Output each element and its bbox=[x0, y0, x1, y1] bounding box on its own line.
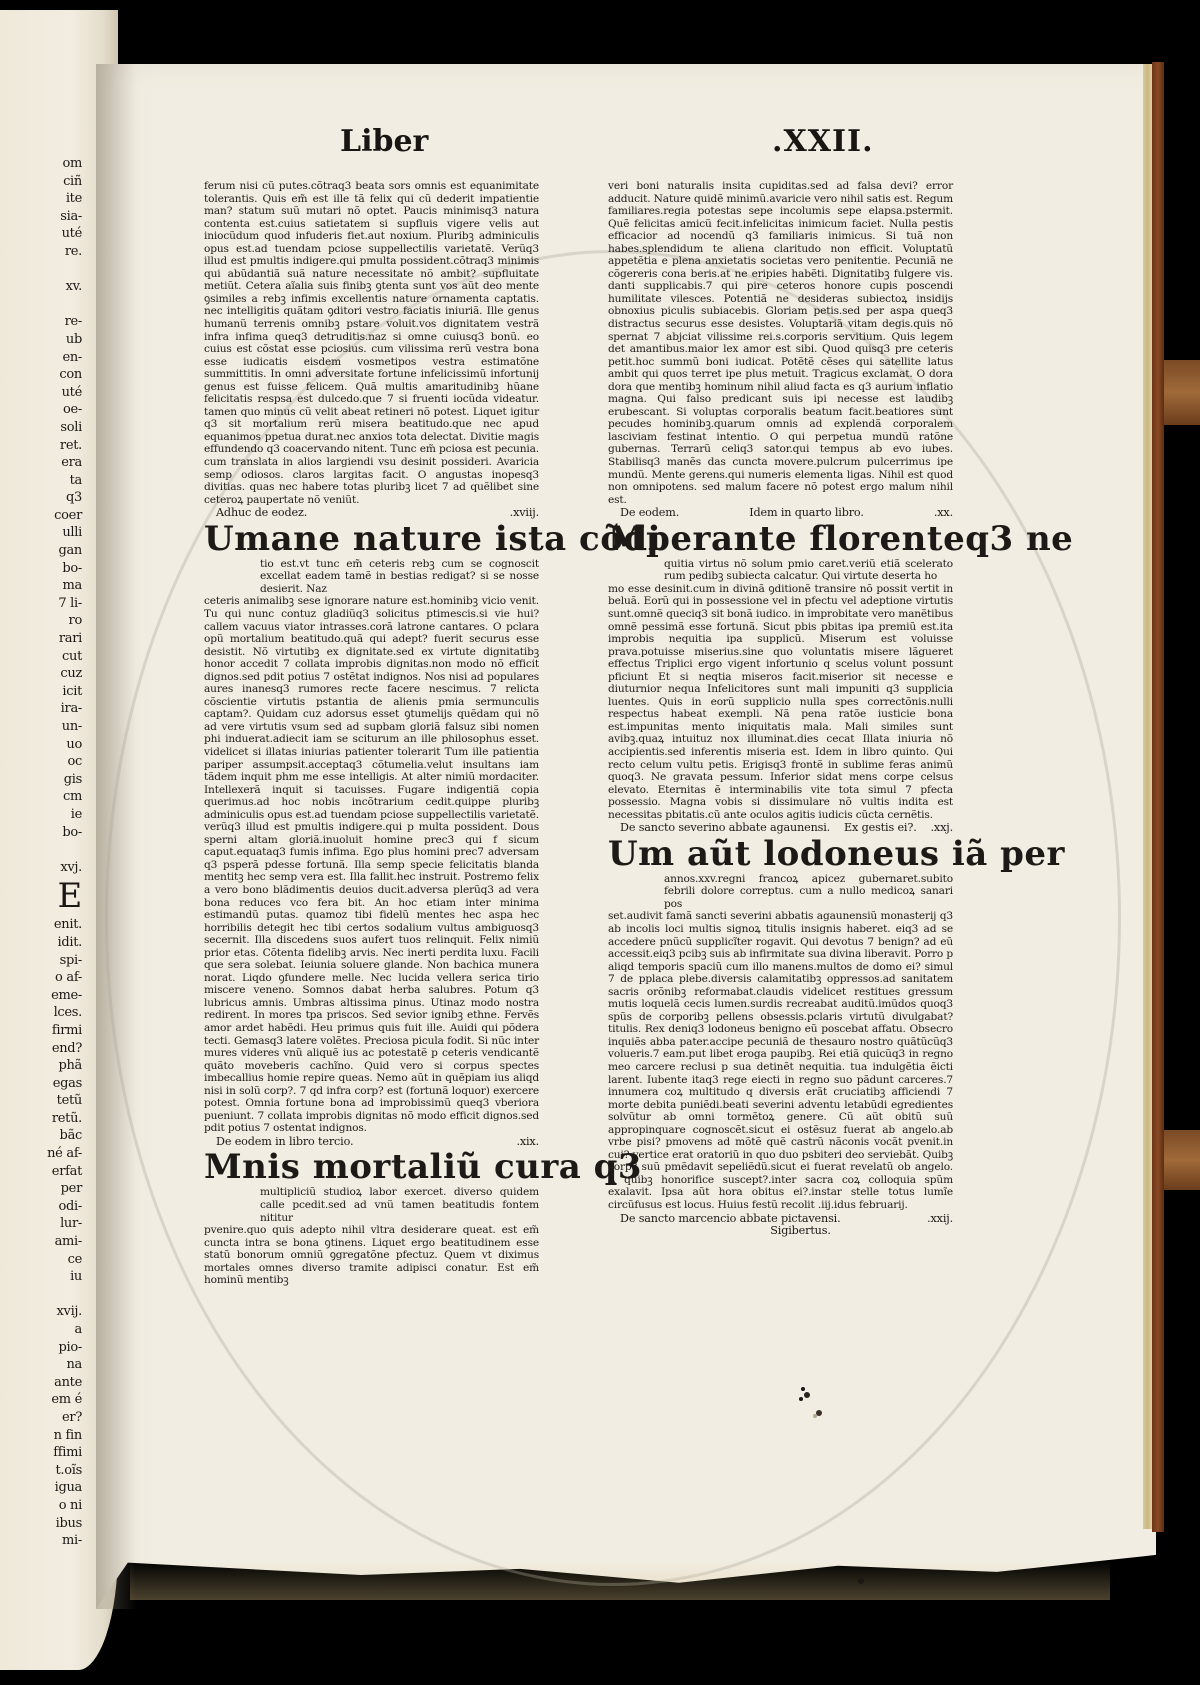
margin-fragment: phã bbox=[2, 1057, 82, 1075]
margin-fragment: uté bbox=[2, 225, 82, 243]
margin-fragment: retũ. bbox=[2, 1110, 82, 1128]
margin-fragment: con bbox=[2, 366, 82, 384]
chapter-number: .xxj. bbox=[931, 822, 953, 835]
body-paragraph: ceteris animalibꝫ sese ignorare nature e… bbox=[204, 595, 539, 1135]
margin-fragment: era bbox=[2, 454, 82, 472]
clasp-upper bbox=[1164, 360, 1200, 425]
margin-fragment: ma bbox=[2, 577, 82, 595]
ink-dot bbox=[858, 1578, 864, 1584]
margin-fragment: eme- bbox=[2, 987, 82, 1005]
margin-fragment: ami- bbox=[2, 1233, 82, 1251]
left-page-margin-text: omciñitesia-utére. xv. re-uben-conutéoe-… bbox=[2, 155, 82, 1550]
margin-fragment: o ni bbox=[2, 1497, 82, 1515]
margin-fragment: lces. bbox=[2, 1004, 82, 1022]
margin-fragment bbox=[2, 261, 82, 279]
right-text-column: veri boni naturalis insita cupiditas.sed… bbox=[608, 180, 953, 1238]
rubric-source: Ex gestis ei?. bbox=[844, 822, 917, 835]
section-rubric: De sancto severino abbate agaunensi.Ex g… bbox=[608, 822, 953, 835]
margin-fragment: om bbox=[2, 155, 82, 173]
margin-fragment: igua bbox=[2, 1479, 82, 1497]
gilt-fore-edge bbox=[1143, 64, 1152, 1529]
margin-fragment: erfat bbox=[2, 1163, 82, 1181]
margin-fragment: n fin bbox=[2, 1427, 82, 1445]
margin-fragment: né af- bbox=[2, 1145, 82, 1163]
margin-fragment: ante bbox=[2, 1374, 82, 1392]
margin-fragment: oe- bbox=[2, 401, 82, 419]
rubric-source: Idem in quarto libro. bbox=[749, 507, 864, 520]
margin-fragment: mi- bbox=[2, 1532, 82, 1550]
margin-fragment: spi- bbox=[2, 952, 82, 970]
section-rubric: Adhuc de eodez..xviij. bbox=[204, 507, 539, 520]
body-paragraph: veri boni naturalis insita cupiditas.sed… bbox=[608, 180, 953, 506]
initial-continuation-text: annos.xxv.regni francoꝝ apicez gubernare… bbox=[608, 873, 953, 911]
margin-fragment: iu bbox=[2, 1268, 82, 1286]
section-rubric: De eodem.Idem in quarto libro..xx. bbox=[608, 507, 953, 520]
margin-fragment: o af- bbox=[2, 969, 82, 987]
margin-fragment: end? bbox=[2, 1040, 82, 1058]
initial-continuation-text: tio est.vt tunc em̃ ceteris rebꝫ cum se … bbox=[204, 558, 539, 596]
margin-fragment: ce bbox=[2, 1251, 82, 1269]
margin-fragment: bãc bbox=[2, 1127, 82, 1145]
margin-fragment: odi- bbox=[2, 1198, 82, 1216]
margin-fragment: cm bbox=[2, 788, 82, 806]
margin-fragment: ro bbox=[2, 612, 82, 630]
margin-fragment: idit. bbox=[2, 934, 82, 952]
rubric-title: De eodem. bbox=[620, 507, 679, 520]
margin-fragment: ulli bbox=[2, 524, 82, 542]
margin-fragment: tetũ bbox=[2, 1092, 82, 1110]
margin-fragment bbox=[2, 1286, 82, 1304]
author-attribution: Sigibertus. bbox=[608, 1225, 953, 1238]
body-paragraph: set.audivit famã sancti severini abbatis… bbox=[608, 910, 953, 1211]
margin-fragment: na bbox=[2, 1356, 82, 1374]
margin-fragment: un- bbox=[2, 718, 82, 736]
ink-speck-icon bbox=[795, 1383, 825, 1423]
margin-fragment: ite bbox=[2, 190, 82, 208]
margin-fragment: gis bbox=[2, 771, 82, 789]
margin-fragment: bo- bbox=[2, 824, 82, 842]
margin-fragment: t.oĩs bbox=[2, 1462, 82, 1480]
chapter-number: .xxij. bbox=[927, 1213, 953, 1226]
decorated-initial-heading: Mperante florenteq3 ne bbox=[608, 520, 953, 558]
margin-fragment: coer bbox=[2, 507, 82, 525]
margin-fragment: E bbox=[2, 876, 82, 916]
margin-fragment: en- bbox=[2, 349, 82, 367]
margin-fragment: re. bbox=[2, 243, 82, 261]
margin-fragment: uté bbox=[2, 384, 82, 402]
margin-fragment: ibus bbox=[2, 1515, 82, 1533]
margin-fragment bbox=[2, 841, 82, 859]
margin-fragment: ub bbox=[2, 331, 82, 349]
margin-fragment: icit bbox=[2, 683, 82, 701]
decorated-initial-heading: Umane nature ista cõdi bbox=[204, 520, 539, 558]
margin-fragment: er? bbox=[2, 1409, 82, 1427]
margin-fragment: rari bbox=[2, 630, 82, 648]
margin-fragment: ffimi bbox=[2, 1444, 82, 1462]
leather-binding bbox=[1152, 62, 1164, 1532]
margin-fragment: ret. bbox=[2, 437, 82, 455]
margin-fragment: enit. bbox=[2, 916, 82, 934]
margin-fragment: xv. bbox=[2, 278, 82, 296]
margin-fragment: ira- bbox=[2, 700, 82, 718]
rubric-title: De sancto severino abbate agaunensi. bbox=[620, 822, 830, 835]
chapter-number: .xx. bbox=[934, 507, 953, 520]
margin-fragment: firmi bbox=[2, 1022, 82, 1040]
decorated-initial-heading: Um aũt lodoneus iã per bbox=[608, 835, 953, 873]
margin-fragment: ciñ bbox=[2, 173, 82, 191]
margin-fragment: oc bbox=[2, 753, 82, 771]
initial-continuation-text: multipliciũ studioꝝ labor exercet. diver… bbox=[204, 1186, 539, 1224]
chapter-number: .xviij. bbox=[510, 507, 539, 520]
margin-fragment: cut bbox=[2, 648, 82, 666]
decorated-initial-heading: Mnis mortaliũ cura q3 bbox=[204, 1148, 539, 1186]
margin-fragment: a bbox=[2, 1321, 82, 1339]
margin-fragment: xvij. bbox=[2, 1303, 82, 1321]
margin-fragment: uo bbox=[2, 736, 82, 754]
margin-fragment: per bbox=[2, 1180, 82, 1198]
margin-fragment: ta bbox=[2, 472, 82, 490]
running-head-left: Liber bbox=[340, 124, 428, 159]
margin-fragment: gan bbox=[2, 542, 82, 560]
margin-fragment: bo- bbox=[2, 560, 82, 578]
body-paragraph: ferum nisi cũ putes.cõtraq3 beata sors o… bbox=[204, 180, 539, 506]
initial-continuation-text: quitia virtus nõ solum pmio caret.veriũ … bbox=[608, 558, 953, 583]
left-text-column: ferum nisi cũ putes.cõtraq3 beata sors o… bbox=[204, 180, 539, 1287]
margin-fragment bbox=[2, 296, 82, 314]
margin-fragment: lur- bbox=[2, 1215, 82, 1233]
margin-fragment: xvj. bbox=[2, 859, 82, 877]
body-paragraph: pvenire.quo quis adepto nihil vltra desi… bbox=[204, 1224, 539, 1287]
rubric-title: Adhuc de eodez. bbox=[216, 507, 307, 520]
margin-fragment: q3 bbox=[2, 489, 82, 507]
margin-fragment: em é bbox=[2, 1391, 82, 1409]
margin-fragment: pio- bbox=[2, 1339, 82, 1357]
margin-fragment: sia- bbox=[2, 208, 82, 226]
margin-fragment: ie bbox=[2, 806, 82, 824]
running-head-folio: .XXII. bbox=[772, 124, 874, 159]
clasp-lower bbox=[1164, 1130, 1200, 1190]
margin-fragment: egas bbox=[2, 1075, 82, 1093]
margin-fragment: 7 li- bbox=[2, 595, 82, 613]
margin-fragment: soli bbox=[2, 419, 82, 437]
margin-fragment: re- bbox=[2, 313, 82, 331]
margin-fragment: cuz bbox=[2, 665, 82, 683]
body-paragraph: mo esse desinit.cum in divinã ꝯditionẽ t… bbox=[608, 583, 953, 821]
